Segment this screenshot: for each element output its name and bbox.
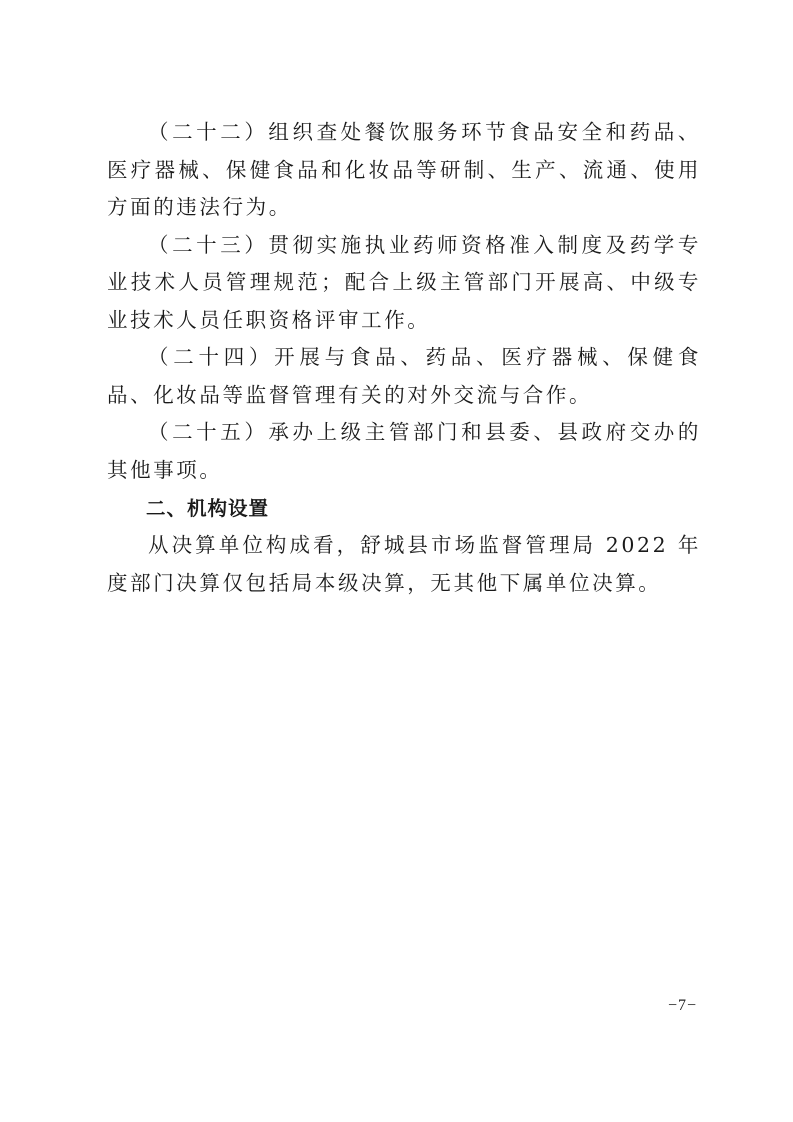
paragraph-item-24: （二十四）开展与食品、药品、医疗器械、保健食品、化妆品等监督管理有关的对外交流与… bbox=[107, 339, 701, 414]
page-number: −7− bbox=[668, 997, 697, 1015]
paragraph-item-25: （二十五）承办上级主管部门和县委、县政府交办的其他事项。 bbox=[107, 414, 701, 489]
document-body: （二十二）组织查处餐饮服务环节食品安全和药品、医疗器械、保健食品和化妆品等研制、… bbox=[107, 114, 701, 602]
paragraph-item-23: （二十三）贯彻实施执业药师资格准入制度及药学专业技术人员管理规范；配合上级主管部… bbox=[107, 227, 701, 340]
section-heading: 二、机构设置 bbox=[107, 491, 701, 527]
section-paragraph: 从决算单位构成看，舒城县市场监督管理局 2022 年度部门决算仅包括局本级决算，… bbox=[107, 527, 701, 602]
paragraph-item-22: （二十二）组织查处餐饮服务环节食品安全和药品、医疗器械、保健食品和化妆品等研制、… bbox=[107, 114, 701, 227]
